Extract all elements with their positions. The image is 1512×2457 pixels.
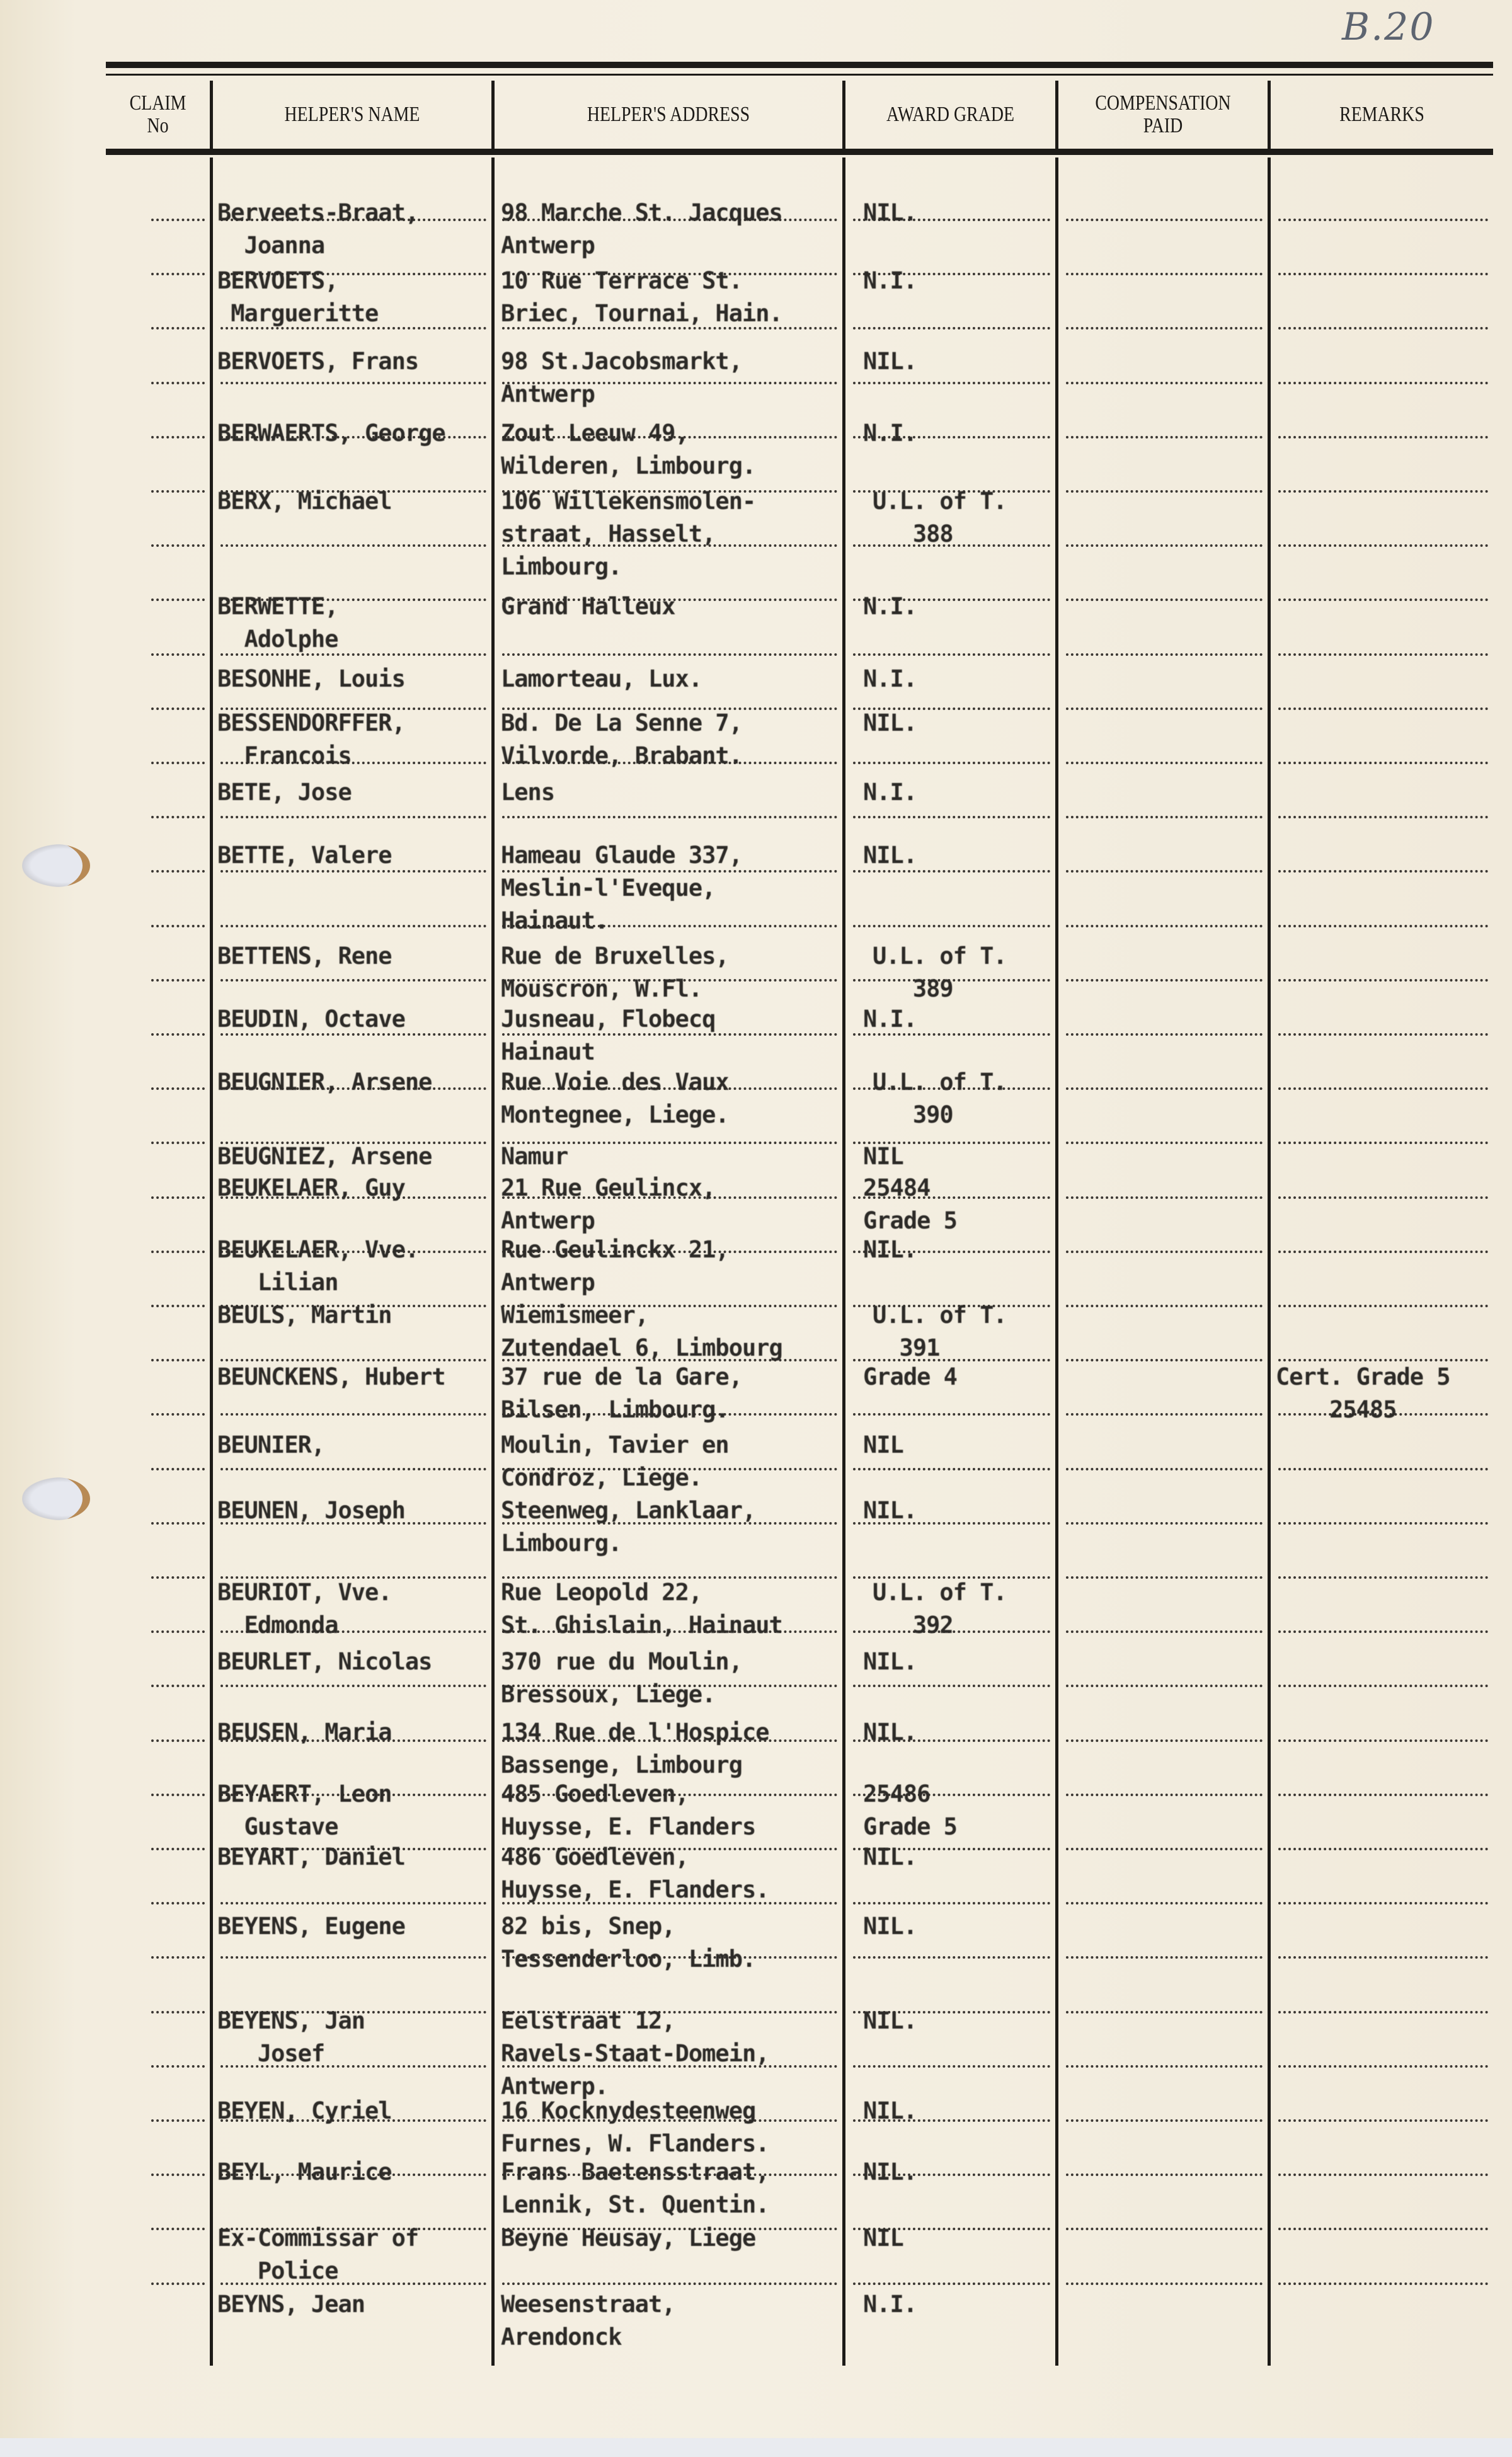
ruled-line <box>1066 1956 1263 1959</box>
ruled-line <box>1066 1251 1263 1253</box>
ruled-line <box>1278 1956 1488 1959</box>
helper-name: BEYART, Daniel <box>217 1841 405 1874</box>
helper-name: BEUKELAER, Vve. Lilian <box>217 1234 418 1299</box>
ruled-line <box>1066 1087 1263 1090</box>
ruled-line <box>1278 490 1488 493</box>
helper-address: Beyne Heusay, Liege <box>501 2222 755 2255</box>
ruled-line <box>151 2119 205 2122</box>
ruled-line <box>1278 707 1488 710</box>
ruled-line <box>151 1848 205 1850</box>
ruled-line <box>1278 1902 1488 1904</box>
ruled-line <box>502 2282 837 2285</box>
ruled-line <box>1066 1305 1263 1307</box>
ruled-line <box>1066 1142 1263 1144</box>
ruled-line <box>1278 219 1488 221</box>
ruled-line <box>1278 1251 1488 1253</box>
award-grade: U.L. of T. 392 <box>873 1576 1007 1642</box>
award-grade: NIL <box>863 1140 903 1173</box>
helper-address: Lamorteau, Lux. <box>501 663 702 696</box>
helper-name: BEURIOT, Vve. Edmonda <box>217 1576 392 1642</box>
award-grade: Grade 4 <box>863 1361 957 1394</box>
ruled-line <box>151 219 205 221</box>
helper-address: Steenweg, Lanklaar, Limbourg. <box>501 1494 755 1560</box>
column-divider <box>1055 81 1058 149</box>
ruled-line <box>151 1251 205 1253</box>
helper-name: BERWAERTS, George <box>217 417 445 450</box>
helper-name: BEUNEN, Joseph <box>217 1494 405 1527</box>
helper-name: BETE, Jose <box>217 776 352 809</box>
ruled-line <box>151 1142 205 1144</box>
helper-address: Grand Halleux <box>501 590 675 623</box>
ruled-line <box>1066 2228 1263 2230</box>
ruled-line <box>151 1630 205 1633</box>
helper-name: BEUNCKENS, Hubert <box>217 1361 445 1394</box>
award-grade: NIL. <box>863 1646 917 1678</box>
ruled-line <box>1278 762 1488 764</box>
ruled-line <box>1278 1848 1488 1850</box>
helper-name: BETTE, Valere <box>217 839 392 872</box>
ruled-line <box>151 382 205 384</box>
ruled-line <box>220 1956 486 1959</box>
column-divider <box>842 157 845 2366</box>
ruled-line <box>853 1413 1050 1416</box>
ruled-line <box>1278 870 1488 873</box>
ruled-line <box>220 382 486 384</box>
ruled-line <box>1066 1739 1263 1742</box>
ruled-line <box>1066 1522 1263 1525</box>
ruled-line <box>1278 1630 1488 1633</box>
ruled-line <box>151 2065 205 2068</box>
ruled-line <box>151 2282 205 2285</box>
helper-name: BERVOETS, Margueritte <box>217 265 378 330</box>
ruled-line <box>220 979 486 982</box>
ruled-line <box>1066 1630 1263 1633</box>
ruled-line <box>151 1739 205 1742</box>
ruled-line <box>1278 2011 1488 2013</box>
ruled-line <box>151 979 205 982</box>
ruled-line <box>220 544 486 547</box>
ruled-line <box>1278 816 1488 818</box>
ruled-line <box>1066 1468 1263 1470</box>
ruled-line <box>151 1956 205 1959</box>
ruled-line <box>1066 2065 1263 2068</box>
ruled-line <box>220 1468 486 1470</box>
helper-address: Weesenstraat, Arendonck <box>501 2288 675 2354</box>
award-grade: NIL. <box>863 839 917 872</box>
column-divider <box>1268 157 1271 2366</box>
ruled-line <box>502 816 837 818</box>
punch-hole <box>22 1477 90 1520</box>
ruled-line <box>1066 1359 1263 1361</box>
ruled-line <box>1066 1196 1263 1199</box>
award-grade: NIL <box>863 2222 903 2255</box>
helper-address: 98 Marche St. Jacques Antwerp <box>501 197 782 262</box>
helper-address: Eelstraat 12, Ravels-Staat-Domein, Antwe… <box>501 2005 769 2103</box>
ruled-line <box>1066 2282 1263 2285</box>
ruled-line <box>1278 2282 1488 2285</box>
helper-name: BEUNIER, <box>217 1429 324 1462</box>
award-grade: NIL. <box>863 2095 917 2128</box>
ruled-line <box>1278 1685 1488 1687</box>
ruled-line <box>853 2065 1050 2068</box>
ruled-line <box>1278 1576 1488 1579</box>
column-header-helpers-name: HELPER'S NAME <box>238 81 466 149</box>
ruled-line <box>1278 327 1488 329</box>
award-grade: U.L. of T. 388 <box>873 485 1007 551</box>
ruled-line <box>1278 653 1488 656</box>
ruled-line <box>1066 1902 1263 1904</box>
helper-address: Rue Voie des Vaux Montegnee, Liege. <box>501 1066 729 1131</box>
ruled-line <box>220 1413 486 1416</box>
award-grade: N.I. <box>863 663 917 696</box>
helper-name: BEUSEN, Maria <box>217 1716 392 1749</box>
helper-name: BERWETTE, Adolphe <box>217 590 338 656</box>
award-grade: N.I. <box>863 590 917 623</box>
ruled-line <box>853 1468 1050 1470</box>
helper-address: 98 St.Jacobsmarkt, Antwerp <box>501 345 742 411</box>
award-grade: N.I. <box>863 1003 917 1036</box>
ruled-line <box>1066 1033 1263 1036</box>
ruled-line <box>151 1522 205 1525</box>
ruled-line <box>1278 1739 1488 1742</box>
helper-name: BEYAERT, Leon Gustave <box>217 1778 392 1843</box>
helper-name: BEYEN, Cyriel <box>217 2095 392 2128</box>
award-grade: NIL. <box>863 707 917 740</box>
award-grade: N.I. <box>863 2288 917 2321</box>
ruled-line <box>151 1305 205 1307</box>
ruled-line <box>151 544 205 547</box>
ruled-line <box>220 1685 486 1687</box>
ruled-line <box>1278 979 1488 982</box>
ruled-line <box>151 1468 205 1470</box>
scanner-background <box>0 2438 1512 2457</box>
award-grade: NIL. <box>863 1494 917 1527</box>
ruled-line <box>151 1196 205 1199</box>
helper-name: BESSENDORFFER, Francois <box>217 707 405 772</box>
helper-address: 485 Goedleven, Huysse, E. Flanders <box>501 1778 755 1843</box>
award-grade: N.I. <box>863 776 917 809</box>
helper-name: BEYNS, Jean <box>217 2288 365 2321</box>
award-grade: NIL <box>863 1429 903 1462</box>
helper-name: Berveets-Braat, Joanna <box>217 197 418 262</box>
ruled-line <box>853 1902 1050 1904</box>
ruled-line <box>1066 1794 1263 1796</box>
award-grade: NIL. <box>863 1910 917 1943</box>
helper-address: Hameau Glaude 337, Meslin-l'Eveque, Hain… <box>501 839 742 937</box>
helper-address: Rue de Bruxelles, Mouscron, W.Fl. <box>501 940 729 1005</box>
ruled-line <box>151 925 205 927</box>
ruled-line <box>1066 1413 1263 1416</box>
helper-address: 37 rue de la Gare, Bilsen, Limbourg. <box>501 1361 742 1426</box>
ruled-line <box>1066 327 1263 329</box>
helper-name: BEYL, Maurice <box>217 2156 392 2189</box>
ruled-line <box>1066 925 1263 927</box>
ruled-line <box>1066 2119 1263 2122</box>
ruled-line <box>1278 925 1488 927</box>
award-grade: U.L. of T. 390 <box>873 1066 1007 1131</box>
award-grade: 25484 Grade 5 <box>863 1172 957 1237</box>
ruled-line <box>1066 2011 1263 2013</box>
column-divider <box>210 81 213 149</box>
ruled-line <box>1278 1196 1488 1199</box>
helper-address: Zout Leeuw 49, Wilderen, Limbourg. <box>501 417 755 483</box>
ruled-line <box>151 327 205 329</box>
ruled-line <box>151 1359 205 1361</box>
helper-name: BEUKELAER, Guy <box>217 1172 405 1205</box>
helper-name: BEYENS, Jan Josef <box>217 2005 365 2070</box>
award-grade: U.L. of T. 389 <box>873 940 1007 1005</box>
ruled-line <box>1066 2173 1263 2176</box>
ruled-line <box>151 1087 205 1090</box>
helper-address: Rue Geulinckx 21, Antwerp <box>501 1234 729 1299</box>
helper-address: 486 Goedleven, Huysse, E. Flanders. <box>501 1841 769 1906</box>
ruled-line <box>853 762 1050 764</box>
helper-name: BERVOETS, Frans <box>217 345 418 378</box>
ruled-line <box>1278 1305 1488 1307</box>
award-grade: NIL. <box>863 1841 917 1874</box>
ruled-line <box>1066 1848 1263 1850</box>
helper-name: BETTENS, Rene <box>217 940 392 973</box>
ruled-line <box>151 2228 205 2230</box>
header-top-thick-rule <box>106 62 1493 68</box>
ruled-line <box>151 1413 205 1416</box>
helper-address: 370 rue du Moulin, Bressoux, Liege. <box>501 1646 742 1711</box>
ruled-line <box>151 2011 205 2013</box>
helper-address: Lens <box>501 776 554 809</box>
ruled-line <box>220 1902 486 1904</box>
helper-address: 21 Rue Geulincx, Antwerp <box>501 1172 715 1237</box>
ruled-line <box>151 870 205 873</box>
header-top-thin-rule <box>106 74 1493 76</box>
column-divider <box>842 81 845 149</box>
helper-address: 106 Willekensmolen- straat, Hasselt, Lim… <box>501 485 755 583</box>
ruled-line <box>1066 707 1263 710</box>
ruled-line <box>1066 273 1263 275</box>
helper-address: 16 Kocknydesteenweg Furnes, W. Flanders. <box>501 2095 769 2160</box>
helper-address: Frans Baetensstraat, Lennik, St. Quentin… <box>501 2156 769 2221</box>
ruled-line <box>1066 816 1263 818</box>
column-header-award-grade: AWARD GRADE <box>864 81 1036 149</box>
helper-name: BESONHE, Louis <box>217 663 405 696</box>
ruled-line <box>151 273 205 275</box>
column-divider <box>1268 81 1271 149</box>
ruled-line <box>1278 1142 1488 1144</box>
helper-address: Rue Leopold 22, St. Ghislain, Hainaut <box>501 1576 782 1642</box>
ruled-line <box>151 653 205 656</box>
award-grade: NIL. <box>863 197 917 229</box>
ruled-line <box>853 1685 1050 1687</box>
helper-name: Ex-Commissar of Police <box>217 2222 418 2288</box>
column-header-remarks: REMARKS <box>1291 81 1473 149</box>
helper-address: 10 Rue Terrace St. Briec, Tournai, Hain. <box>501 265 782 330</box>
ruled-line <box>1278 2065 1488 2068</box>
ruled-line <box>1066 219 1263 221</box>
ruled-line <box>853 382 1050 384</box>
helper-name: BEUDIN, Octave <box>217 1003 405 1036</box>
ruled-line <box>1278 1468 1488 1470</box>
punch-hole <box>22 844 90 887</box>
ruled-line <box>1278 544 1488 547</box>
ruled-line <box>502 653 837 656</box>
ruled-line <box>151 816 205 818</box>
ruled-line <box>1278 1087 1488 1090</box>
ruled-line <box>1066 653 1263 656</box>
ruled-line <box>1066 1576 1263 1579</box>
ruled-line <box>151 1033 205 1036</box>
ruled-line <box>151 762 205 764</box>
ruled-line <box>853 816 1050 818</box>
award-grade: NIL. <box>863 2156 917 2189</box>
ruled-line <box>1278 1033 1488 1036</box>
ruled-line <box>1066 382 1263 384</box>
ruled-line <box>1278 2173 1488 2176</box>
helper-address: Jusneau, Flobecq Hainaut <box>501 1003 715 1068</box>
column-header-compensation-paid: COMPENSATION PAID <box>1077 81 1249 149</box>
column-header-claim-no: CLAIM No <box>115 81 200 149</box>
ruled-line <box>220 816 486 818</box>
award-grade: NIL. <box>863 1234 917 1266</box>
ruled-line <box>151 2173 205 2176</box>
column-divider <box>1055 157 1058 2366</box>
ruled-line <box>853 925 1050 927</box>
ruled-line <box>1278 1794 1488 1796</box>
ruled-line <box>151 707 205 710</box>
ruled-line <box>1278 2228 1488 2230</box>
helper-address: 82 bis, Snep, Tessenderloo, Limb. <box>501 1910 755 1976</box>
award-grade: N.I. <box>863 265 917 297</box>
helper-address: 134 Rue de l'Hospice Bassenge, Limbourg <box>501 1716 769 1782</box>
ruled-line <box>853 327 1050 329</box>
column-header-helpers-address: HELPER'S ADDRESS <box>526 81 811 149</box>
ruled-line <box>151 436 205 438</box>
ruled-line <box>1278 1522 1488 1525</box>
helper-name: BEUGNIEZ, Arsene <box>217 1140 432 1173</box>
ruled-line <box>151 490 205 493</box>
header-bottom-thick-rule <box>106 149 1493 155</box>
ruled-line <box>1066 979 1263 982</box>
helper-address: Namur <box>501 1140 568 1173</box>
helper-name: BEULS, Martin <box>217 1299 392 1332</box>
award-grade: N.I. <box>863 417 917 450</box>
helper-name: BEUGNIER, Arsene <box>217 1066 432 1099</box>
column-divider <box>491 81 495 149</box>
ruled-line <box>151 1576 205 1579</box>
ruled-line <box>1278 2119 1488 2122</box>
ruled-line <box>151 598 205 601</box>
ruled-line <box>1278 436 1488 438</box>
column-divider <box>210 157 213 2366</box>
award-grade: NIL. <box>863 1716 917 1749</box>
ruled-line <box>1066 1685 1263 1687</box>
award-grade: U.L. of T. 391 <box>873 1299 1007 1365</box>
ruled-line <box>1066 762 1263 764</box>
ruled-line <box>151 1794 205 1796</box>
award-grade: NIL. <box>863 2005 917 2037</box>
award-grade: 25486 Grade 5 <box>863 1778 957 1843</box>
ruled-line <box>151 1685 205 1687</box>
ruled-line <box>1278 382 1488 384</box>
ruled-line <box>1066 870 1263 873</box>
ruled-line <box>853 653 1050 656</box>
helper-name: BERX, Michael <box>217 485 392 518</box>
ruled-line <box>1278 598 1488 601</box>
handwritten-reference: B.20 <box>1342 5 1435 49</box>
ruled-line <box>853 1956 1050 1959</box>
ruled-line <box>1066 436 1263 438</box>
ruled-line <box>1066 544 1263 547</box>
helper-address: Bd. De La Senne 7, Vilvorde, Brabant. <box>501 707 742 772</box>
column-divider <box>491 157 495 2366</box>
helper-name: BEURLET, Nicolas <box>217 1646 432 1678</box>
ruled-line <box>1066 598 1263 601</box>
ruled-line <box>1278 273 1488 275</box>
ruled-line <box>151 1902 205 1904</box>
helper-name: BEYENS, Eugene <box>217 1910 405 1943</box>
helper-address: Wiemismeer, Zutendael 6, Limbourg <box>501 1299 782 1365</box>
ruled-line <box>220 925 486 927</box>
award-grade: NIL. <box>863 345 917 378</box>
remarks: Cert. Grade 5 25485 <box>1276 1361 1450 1426</box>
helper-address: Moulin, Tavier en Condroz, Liege. <box>501 1429 729 1494</box>
ruled-line <box>1066 490 1263 493</box>
ruled-line <box>853 2282 1050 2285</box>
